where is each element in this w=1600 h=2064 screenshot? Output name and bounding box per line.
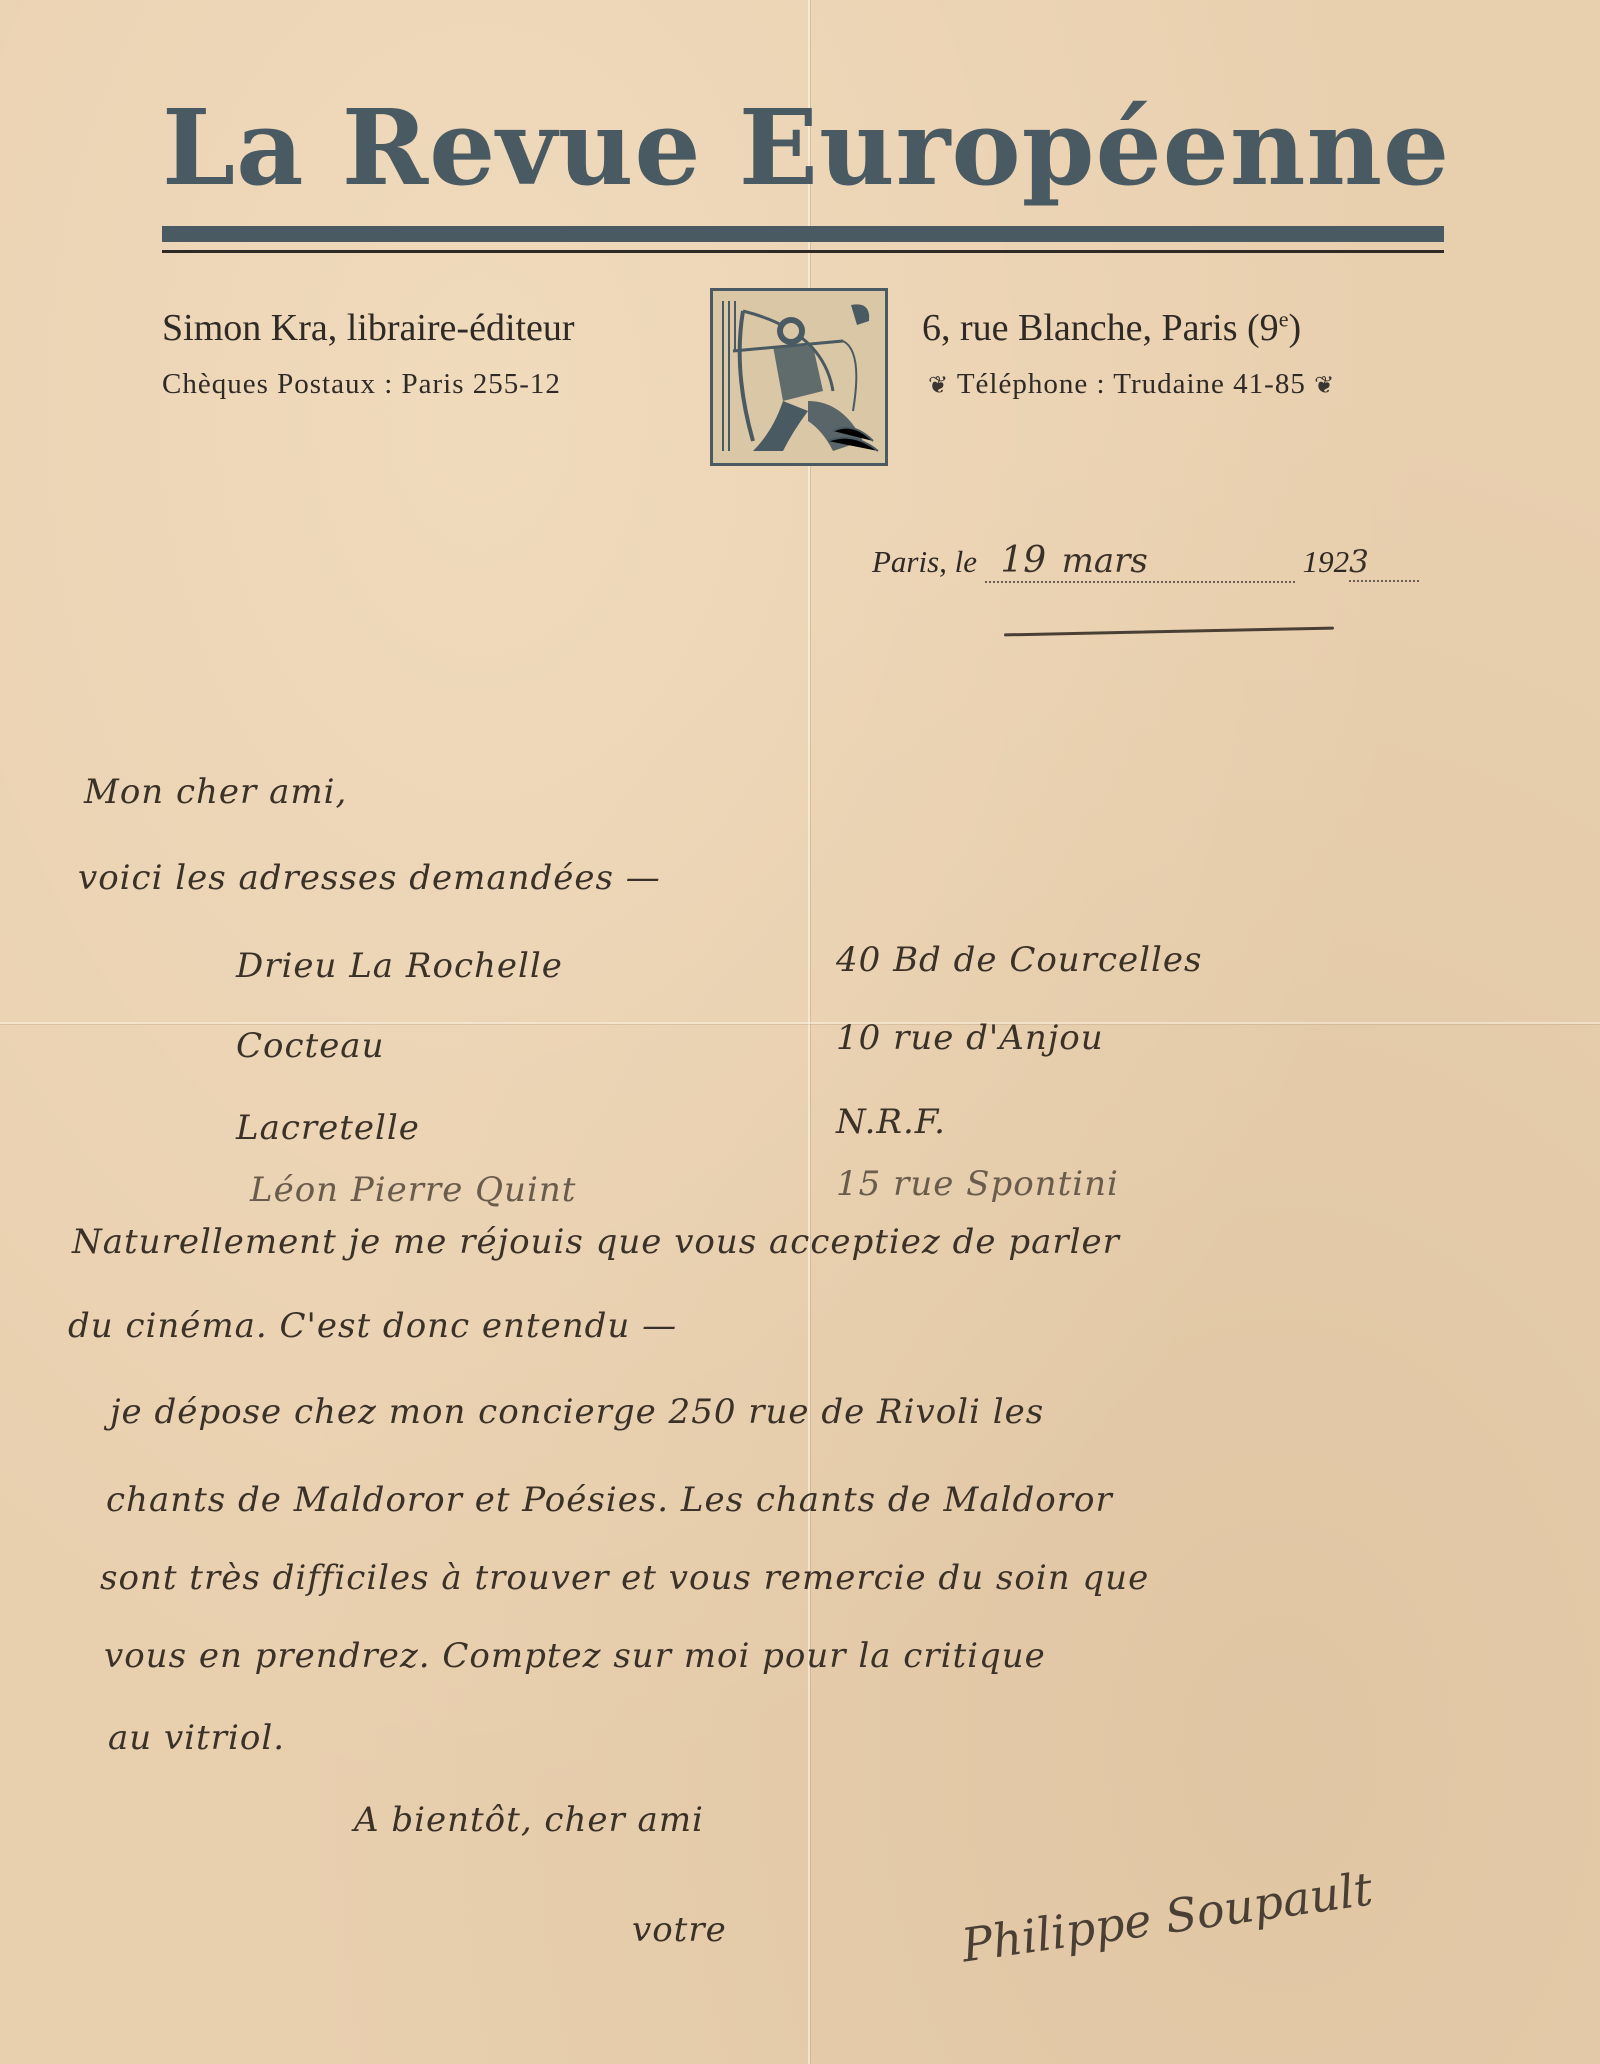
- postal-cheques: Chèques Postaux : Paris 255-12: [162, 368, 561, 401]
- publisher-address: 6, rue Blanche, Paris (9e): [922, 306, 1301, 350]
- archer-emblem-icon: [710, 288, 888, 466]
- address-value: 15 rue Spontini: [836, 1164, 1119, 1204]
- address-name: Léon Pierre Quint: [250, 1170, 576, 1210]
- fleuron-icon: ❦: [928, 373, 949, 399]
- telephone-line: ❦ Téléphone : Trudaine 41-85 ❦: [928, 368, 1335, 401]
- publisher-name: Simon Kra, libraire-éditeur: [162, 306, 575, 350]
- fleuron-icon: ❦: [1314, 373, 1335, 399]
- body-line: Naturellement je me réjouis que vous acc…: [72, 1222, 1120, 1262]
- address-value: 10 rue d'Anjou: [836, 1018, 1104, 1058]
- address-name: Drieu La Rochelle: [236, 946, 563, 986]
- masthead-title: La Revue Européenne: [162, 96, 1442, 200]
- date-underline-stroke: [1004, 627, 1334, 637]
- body-line: vous en prendrez. Comptez sur moi pour l…: [104, 1636, 1046, 1676]
- intro-line: voici les adresses demandées —: [78, 858, 661, 898]
- body-line: chants de Maldoror et Poésies. Les chant…: [106, 1480, 1113, 1520]
- salutation: Mon cher ami,: [84, 772, 347, 812]
- valediction: votre: [632, 1910, 727, 1950]
- address-name: Cocteau: [236, 1026, 384, 1066]
- body-line: sont très difficiles à trouver et vous r…: [100, 1558, 1149, 1598]
- address-name: Lacretelle: [236, 1108, 420, 1148]
- body-line: du cinéma. C'est donc entendu —: [68, 1306, 677, 1346]
- body-line: au vitriol.: [108, 1718, 285, 1758]
- masthead-rule-thick: [162, 226, 1444, 242]
- signature: Philippe Soupault: [958, 1861, 1375, 1972]
- body-line: je dépose chez mon concierge 250 rue de …: [110, 1392, 1044, 1432]
- closing-line: A bientôt, cher ami: [354, 1800, 704, 1840]
- date-day-month-field: 19 mars: [985, 540, 1295, 583]
- paper-fold-horizontal: [0, 1022, 1600, 1024]
- dateline: Paris, le 19 mars 1923: [872, 540, 1442, 583]
- address-value: N.R.F.: [836, 1102, 946, 1142]
- address-value: 40 Bd de Courcelles: [836, 940, 1202, 980]
- masthead-rule-thin: [162, 250, 1444, 253]
